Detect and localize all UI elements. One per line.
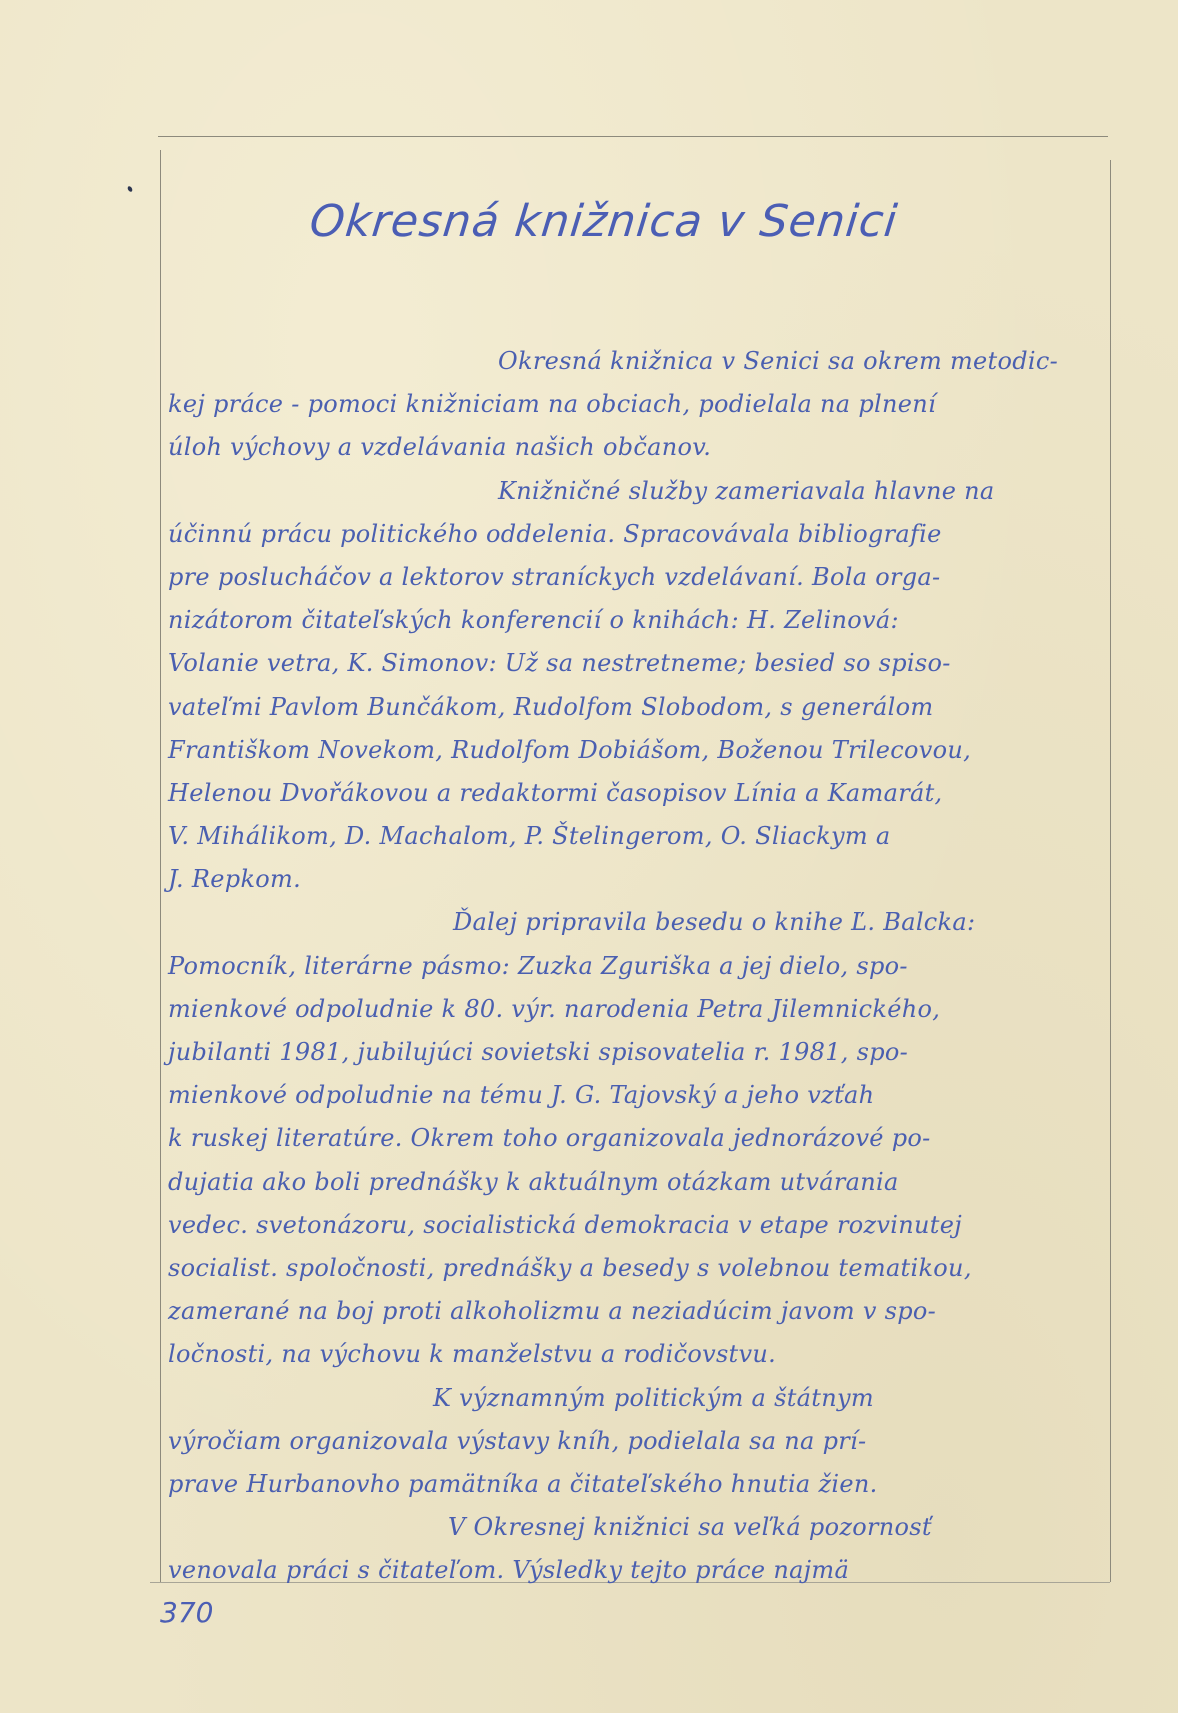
text-line: dujatia ako boli prednášky k aktuálnym o…: [168, 1161, 1104, 1204]
handwritten-body: Okresná knižnica v Senici sa okrem metod…: [168, 340, 1104, 1592]
text-line: J. Repkom.: [168, 858, 1104, 901]
frame-line-left: [160, 150, 161, 1582]
text-line: jubilanti 1981, jubilujúci sovietski spi…: [168, 1031, 1104, 1074]
text-line: Knižničné služby zameriavala hlavne na: [168, 470, 1104, 513]
text-line: mienkové odpoludnie k 80. výr. narodenia…: [168, 988, 1104, 1031]
frame-line-top: [158, 136, 1108, 137]
text-line: Okresná knižnica v Senici sa okrem metod…: [168, 340, 1104, 383]
text-line: K významným politickým a štátnym: [168, 1377, 1104, 1420]
text-line: Ďalej pripravila besedu o knihe Ľ. Balck…: [168, 901, 1104, 944]
page-number: 370: [160, 1596, 213, 1629]
text-line: k ruskej literatúre. Okrem toho organizo…: [168, 1117, 1104, 1160]
text-line: Pomocník, literárne pásmo: Zuzka Zgurišk…: [168, 945, 1104, 988]
text-line: Františkom Novekom, Rudolfom Dobiášom, B…: [168, 729, 1104, 772]
text-line: vedec. svetonázoru, socialistická demokr…: [168, 1204, 1104, 1247]
text-line: prave Hurbanovho pamätníka a čitateľskéh…: [168, 1463, 1104, 1506]
text-line: V Okresnej knižnici sa veľká pozornosť: [168, 1506, 1104, 1549]
text-line: úloh výchovy a vzdelávania našich občano…: [168, 426, 1104, 469]
text-line: zamerané na boj proti alkoholizmu a nezi…: [168, 1290, 1104, 1333]
text-line: Helenou Dvořákovou a redaktormi časopiso…: [168, 772, 1104, 815]
text-line: nizátorom čitateľských konferencií o kni…: [168, 599, 1104, 642]
frame-line-right: [1110, 160, 1111, 1582]
text-line: ločnosti, na výchovu k manželstvu a rodi…: [168, 1333, 1104, 1376]
text-line: účinnú prácu politického oddelenia. Spra…: [168, 513, 1104, 556]
text-line: mienkové odpoludnie na tému J. G. Tajovs…: [168, 1074, 1104, 1117]
text-line: socialist. spoločnosti, prednášky a bese…: [168, 1247, 1104, 1290]
text-line: pre poslucháčov a lektorov straníckych v…: [168, 556, 1104, 599]
text-line: venovala práci s čitateľom. Výsledky tej…: [168, 1549, 1104, 1592]
text-line: výročiam organizovala výstavy kníh, podi…: [168, 1420, 1104, 1463]
text-line: Volanie vetra, K. Simonov: Už sa nestret…: [168, 642, 1104, 685]
text-line: vateľmi Pavlom Bunčákom, Rudolfom Slobod…: [168, 686, 1104, 729]
page-title: Okresná knižnica v Senici: [307, 196, 900, 247]
text-line: V. Mihálikom, D. Machalom, P. Štelingero…: [168, 815, 1104, 858]
text-line: kej práce - pomoci knižniciam na obciach…: [168, 383, 1104, 426]
